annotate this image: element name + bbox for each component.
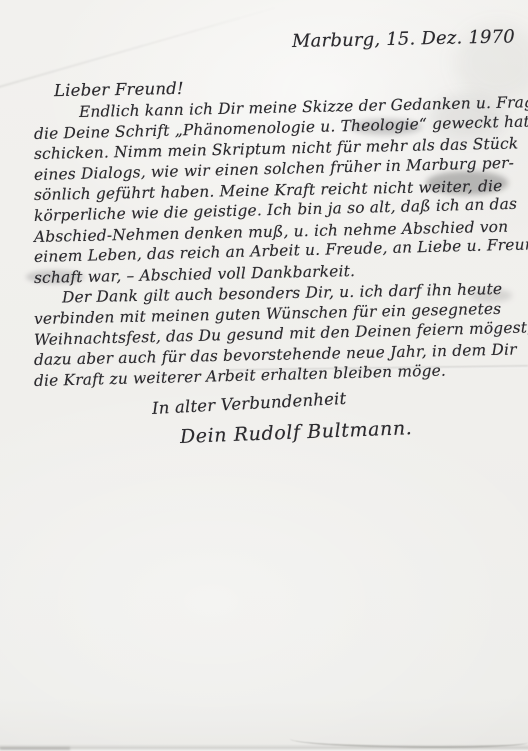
paper-crease-top-left [0, 5, 281, 90]
scan-bottom-left-shadow [0, 747, 70, 750]
paper-curl-bottom-right [290, 736, 528, 748]
dateline: Marburg, 15. Dez. 1970 [292, 26, 515, 52]
letter-scan-page: Marburg, 15. Dez. 1970 Lieber Freund! En… [0, 0, 528, 751]
closing-line: In alter Verbundenheit [152, 389, 347, 418]
signature: Dein Rudolf Bultmann. [180, 417, 413, 448]
salutation: Lieber Freund! [54, 79, 184, 100]
letter-body: Endlich kann ich Dir meine Skizze der Ge… [34, 104, 514, 392]
scan-bottom-edge [0, 744, 528, 751]
